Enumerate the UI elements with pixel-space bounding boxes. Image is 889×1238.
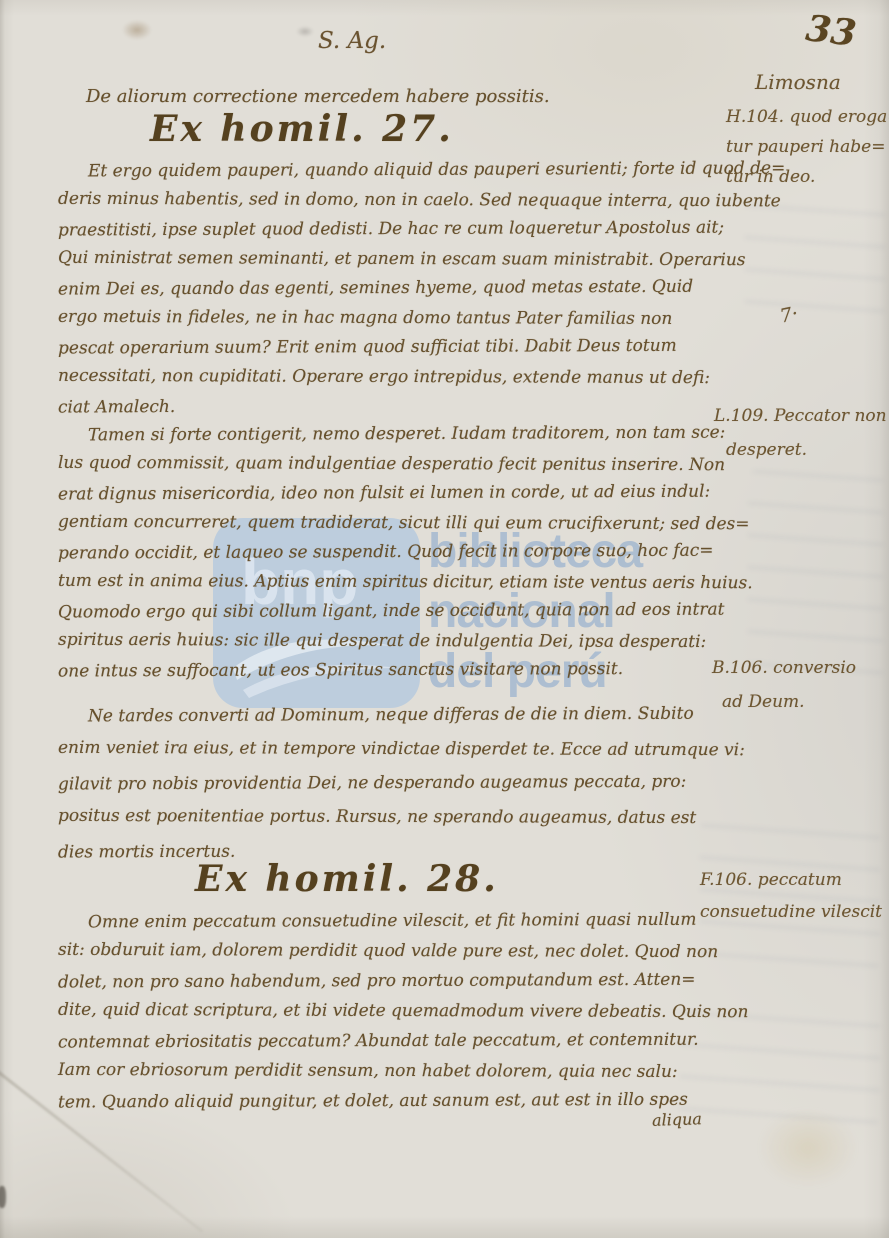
manuscript-line: sit: obduruit iam, dolorem perdidit quod… [58,935,738,967]
manuscript-line: pescat operarium suum? Erit enim quod su… [58,332,738,364]
manuscript-line: erat dignus misericordia, ideo non fulsi… [58,478,738,510]
manuscript-line: tum est in anima eius. Aptius enim spiri… [58,566,738,598]
folio-number: 33 [804,7,859,55]
margin-note-line: F.106. peccatum [700,864,882,897]
paragraph-2: Tamen si forte contigerit, nemo desperet… [58,420,738,686]
manuscript-line: perando occidit, et laqueo se suspendit.… [58,537,738,569]
manuscript-line: one intus se suffocant, ut eos Spiritus … [58,655,738,687]
manuscript-line: deris minus habentis, sed in domo, non i… [58,184,738,216]
margin-note-limosna-heading: Limosna [755,70,841,94]
smudge-stain [296,26,314,37]
ink-stain [122,20,152,40]
chapter-title-line: De aliorum correctione mercedem habere p… [86,86,550,107]
margin-note-line: H.104. quod eroga= [726,102,889,132]
margin-note-line: ad Deum. [722,687,856,717]
bleedthrough-text [745,198,885,318]
margin-note-line: L.109. Peccator non [714,398,887,435]
manuscript-line: dite, quid dicat scriptura, et ibi videt… [58,995,738,1027]
homily-heading-2: Ex homil. 28. [195,858,499,900]
manuscript-line: praestitisti, ipse suplet quod dedisti. … [58,214,738,246]
manuscript-line: Tamen si forte contigerit, nemo desperet… [58,419,738,451]
margin-note-line: B.106. conversio [712,650,856,687]
manuscript-line: enim Dei es, quando das egenti, semines … [58,273,738,305]
margin-note-peccator: L.109. Peccator non desperet. [714,398,887,465]
manuscript-line: Omne enim peccatum consuetudine vilescit… [58,905,738,938]
manuscript-line: tem. Quando aliquid pungitur, et dolet, … [58,1085,738,1118]
page-header-abbrev: S. Ag. [318,28,386,54]
manuscript-page: bnp biblioteca nacional del perú S. Ag. … [0,0,889,1238]
manuscript-line: Iam cor ebriosorum perdidit sensum, non … [58,1055,738,1087]
manuscript-line: Quomodo ergo qui sibi collum ligant, ind… [58,596,738,628]
manuscript-line: enim veniet ira eius, et in tempore vind… [58,731,738,767]
manuscript-line: Qui ministrat semen seminanti, et panem … [58,243,738,275]
paragraph-3: Ne tardes converti ad Dominum, neque dif… [58,698,738,868]
homily-heading-1: Ex homil. 27. [150,108,454,150]
manuscript-line: Et ergo quidem pauperi, quando aliquid d… [58,155,738,187]
paragraph-1: Et ergo quidem pauperi, quando aliquid d… [58,156,738,422]
manuscript-line: gilavit pro nobis providentia Dei, ne de… [58,765,738,802]
manuscript-line: contemnat ebriositatis peccatum? Abundat… [58,1025,738,1058]
paragraph-4: Omne enim peccatum consuetudine vilescit… [58,906,738,1116]
edge-ink-spot [0,1186,6,1208]
bleedthrough-text [748,470,883,680]
manuscript-line: dolet, non pro sano habendum, sed pro mo… [58,965,738,998]
manuscript-line: Ne tardes converti ad Dominum, neque dif… [58,697,738,734]
manuscript-line: necessitati, non cupiditati. Operare erg… [58,361,738,393]
margin-note-line: desperet. [726,435,887,465]
manuscript-line: spiritus aeris huius: sic ille qui despe… [58,625,738,657]
manuscript-line: positus est poenitentiae portus. Rursus,… [58,799,738,835]
catchword: aliqua [652,1109,702,1130]
manuscript-line: lus quod commissit, quam indulgentiae de… [58,448,738,480]
manuscript-line: ergo metuis in fideles, ne in hac magna … [58,302,738,334]
manuscript-line: gentiam concurreret, quem tradiderat, si… [58,507,738,539]
